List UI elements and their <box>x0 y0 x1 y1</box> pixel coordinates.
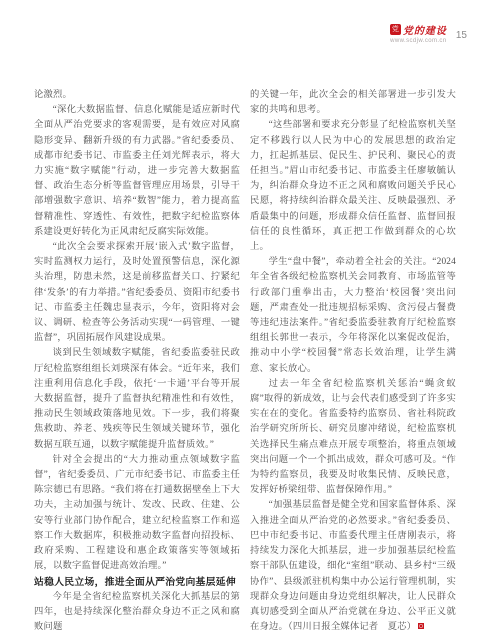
article-body: 论激烈。“深化大数据监督、信息化赋能是适应新时代全面从严治党要求的客观需要，是有… <box>34 88 456 635</box>
paragraph: “深化大数据监督、信息化赋能是适应新时代全面从严治党要求的客观需要，是有效应对风… <box>34 103 240 240</box>
magazine-page: 党 党的建设 www.scdjw.com.cn 15 论激烈。“深化大数据监督、… <box>0 0 485 640</box>
brand-logo: 党 党的建设 www.scdjw.com.cn <box>390 22 447 44</box>
paragraph: 针对全会提出的“大力推动重点领域数字监督”，省纪委委员、广元市纪委书记、市监委主… <box>34 453 240 575</box>
paragraph: 谈到民生领域数字赋能，省纪委监委驻民政厅纪检监察组组长刘瑛深有体会。“近年来，我… <box>34 346 240 452</box>
paragraph: 的关键一年，此次全会的相关部署进一步引发大家的共鸣和思考。 <box>250 88 456 118</box>
paragraph: “此次全会要求探索开展‘嵌入式’数字监督，实时监测权力运行，及时处置预警信息，深… <box>34 240 240 346</box>
paragraph: 今年是全省纪检监察机关深化大抓基层的第四年，也是持续深化整治群众身边不正之风和腐… <box>34 590 240 636</box>
page-header: 党 党的建设 www.scdjw.com.cn 15 <box>390 22 467 44</box>
brand-seal-icon: 党 <box>390 24 401 35</box>
section-heading: 站稳人民立场，推进全面从严治党向基层延伸 <box>34 575 240 590</box>
page-number: 15 <box>456 30 467 44</box>
paragraph: 学生“盘中餐”，牵动着全社会的关注。“2024年全省各级纪检监察机关会同教育、市… <box>250 255 456 377</box>
article-end-icon <box>418 623 424 629</box>
text-column-right: 的关键一年，此次全会的相关部署进一步引发大家的共鸣和思考。“这些部署和要求充分彰… <box>250 88 456 635</box>
paragraph: 过去一年全省纪检监察机关惩治“蝇贪蚁腐”取得的新成效，让与会代表们感受到了许多实… <box>250 377 456 499</box>
paragraph: “加强基层监督是健全党和国家监督体系、深入推进全面从严治党的必然要求。”省纪委委… <box>250 498 456 635</box>
text-column-left: 论激烈。“深化大数据监督、信息化赋能是适应新时代全面从严治党要求的客观需要，是有… <box>34 88 240 635</box>
brand-logo-text: 党的建设 <box>403 22 447 37</box>
paragraph: “这些部署和要求充分彰显了纪检监察机关坚定不移践行以人民为中心的发展思想的政治定… <box>250 118 456 255</box>
paragraph: 论激烈。 <box>34 88 240 103</box>
website-url: www.scdjw.com.cn <box>390 38 446 44</box>
